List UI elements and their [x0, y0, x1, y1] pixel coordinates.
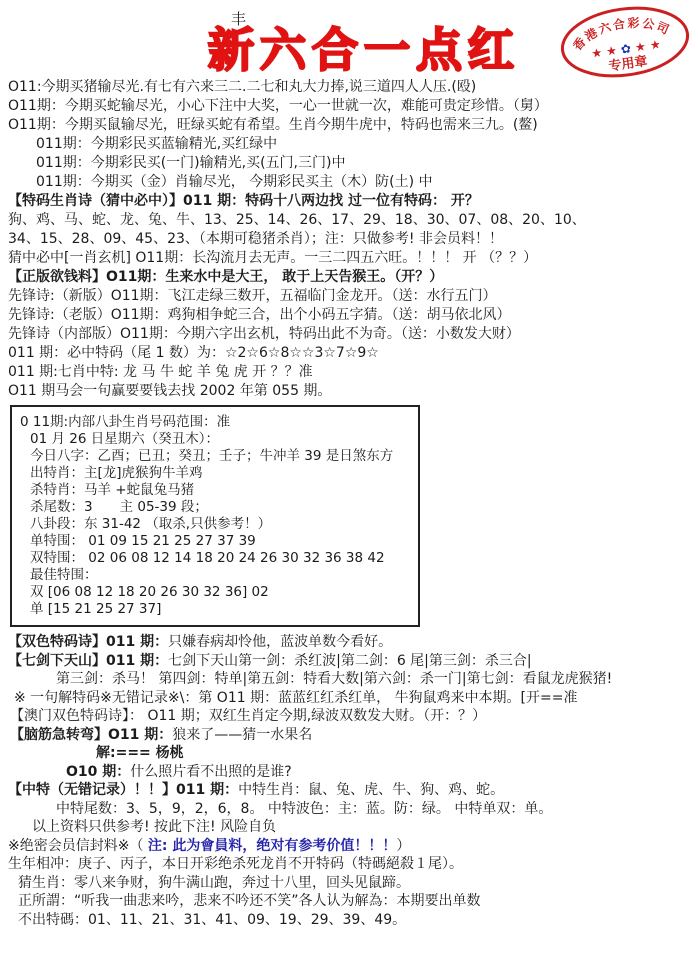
text-segment: 狼来了——猜一水果名 — [172, 727, 312, 743]
text-line: 先锋诗（内部版）O11期：今期六字出玄机，特码出此不为奇。（送：小数发大财） — [8, 325, 698, 344]
text-line: 34、15、28、09、45、23、（本期可稳猪杀肖）；注：只做参考! 非会员料… — [8, 230, 698, 249]
text-segment: 不出特碼：01、11、21、31、41、09、19、29、39、49。 — [18, 912, 406, 928]
text-line: 出特肖：主[龙]虎猴狗牛羊鸡 — [20, 465, 412, 482]
text-line: 最佳特围： — [20, 567, 412, 584]
bagua-info-box: 0 11期:内部八卦生肖号码范围：准01 月 26 日星期六（癸丑木）：今日八字… — [10, 405, 420, 627]
text-line: 0 11期:内部八卦生肖号码范围：准 — [20, 414, 412, 431]
text-segment: 【特码生肖诗（猜中必中）】011 期：特码十八两边找 过一位有特码： 开？ — [8, 193, 479, 209]
section-predictions: O11:今期买猪输尽光.有七有六来三二.二七和丸大力捧,说三道四人人压.(殴)O… — [8, 78, 698, 401]
text-line: 中特尾数：3、5，9，2，6，8。 中特波色：主：蓝。防：绿。 中特单双：单。 — [8, 800, 698, 819]
page-title: 新六合一点红 — [208, 14, 520, 80]
text-segment: 011期：今期彩民买(一门)输精光,买(五门,三门)中 — [36, 155, 345, 171]
title-overprint-mark: 丰 — [231, 8, 246, 29]
text-line: ※绝密会员信封料※（ 注: 此为會員料，绝对有参考价值！！！） — [8, 837, 698, 856]
text-segment: O11期：今期买鼠输尽光，旺绿买蛇有希望。生肖今期牛虎中，特码也需来三九。(鳌) — [8, 117, 538, 133]
text-segment: 今日八字：乙酉；已丑；癸丑；壬子；牛冲羊 39 是日煞东方 — [30, 448, 393, 464]
text-segment: 先锋诗:（老版）O11期：鸡狗相争蛇三合，出个小码五字猜。（送：胡马依北风） — [8, 307, 511, 323]
text-segment: 最佳特围： — [30, 567, 98, 583]
text-segment: 0 11期:内部八卦生肖号码范围：准 — [20, 414, 230, 430]
text-line: 【澳门双色特码诗】： O11 期；双红生肖定今期,绿波双数发大财。（开：？） — [8, 707, 698, 726]
text-segment: 什么照片看不出照的是谁? — [130, 764, 291, 780]
text-segment: 注: 此为會員料，绝对有参考价值！！！ — [148, 838, 396, 854]
document-header: 新六合一点红 丰 香港六合彩公司 ★ ★ ✿ ★ ★ 专用章 — [0, 0, 698, 76]
text-line: 先锋诗:（新版）O11期：飞江走绿三数开，五福临门金龙开。（送：水行五门） — [8, 287, 698, 306]
document-body: O11:今期买猪输尽光.有七有六来三二.二七和丸大力捧,说三道四人人压.(殴)O… — [0, 76, 698, 929]
text-line: 不出特碼：01、11、21、31、41、09、19、29、39、49。 — [8, 911, 698, 930]
text-line: 单特围： 01 09 15 21 25 27 37 39 — [20, 533, 412, 550]
text-segment: 单特围： 01 09 15 21 25 27 37 39 — [30, 533, 256, 549]
text-line: 【七剑下天山】011 期：七剑下天山第一剑：杀红波|第二剑：6 尾|第三剑：杀三… — [8, 652, 698, 671]
text-segment: 只嫌春病却怜他，蓝波单数今看好。 — [168, 634, 392, 650]
text-segment: O11期：今期买蛇输尽光，小心下注中大奖，一心一世就一次，难能可贵定珍惜。（舅） — [8, 98, 548, 114]
stamp-flower-icon: ✿ — [620, 41, 632, 56]
text-line: 正所謂：“听我一曲悲来吟，悲来不吟还不笑”各人认为解為：本期要出单数 — [8, 892, 698, 911]
text-line: 011 期：必中特码（尾 1 数）为：☆2☆6☆8☆☆3☆7☆9☆ — [8, 344, 698, 363]
text-line: 杀尾数：3 主 05-39 段； — [20, 499, 412, 516]
text-line: 01 月 26 日星期六（癸丑木）： — [20, 431, 412, 448]
text-segment: 杀特肖：马羊 +蛇鼠兔马猪 — [30, 482, 194, 498]
text-line: O11期：今期买蛇输尽光，小心下注中大奖，一心一世就一次，难能可贵定珍惜。（舅） — [8, 97, 698, 116]
text-segment: 先锋诗（内部版）O11期：今期六字出玄机，特码出此不为奇。（送：小数发大财） — [8, 326, 520, 342]
text-segment: 七剑下天山第一剑：杀红波|第二剑：6 尾|第三剑：杀三合| — [168, 653, 532, 669]
text-segment: 解:=== 杨桃 — [96, 745, 184, 761]
text-segment: 生年相冲：庚子、丙子，本日开彩绝杀死龙肖不开特码（特碼絕殺１尾）。 — [8, 856, 463, 872]
text-segment: 011 期：必中特码（尾 1 数）为：☆2☆6☆8☆☆3☆7☆9☆ — [8, 345, 379, 361]
text-segment: 单 [15 21 25 27 37] — [30, 601, 161, 617]
text-line: 今日八字：乙酉；已丑；癸丑；壬子；牛冲羊 39 是日煞东方 — [20, 448, 412, 465]
text-line: O11期：今期买鼠输尽光，旺绿买蛇有希望。生肖今期牛虎中，特码也需来三九。(鳌) — [8, 116, 698, 135]
company-stamp: 香港六合彩公司 ★ ★ ✿ ★ ★ 专用章 — [553, 0, 696, 89]
text-segment: 中特生肖：鼠、兔、虎、牛、狗、鸡、蛇。 — [238, 782, 504, 798]
text-line: 【脑筋急转弯】O11 期：狼来了——猜一水果名 — [8, 726, 698, 745]
text-segment: 011期：今期彩民买蓝输精光,买红绿中 — [36, 136, 277, 152]
text-segment: 【双色特码诗】011 期： — [8, 634, 168, 650]
text-segment: 猜中必中[一肖玄机] O11期：长沟流月去无声。一三二四五六旺。！！！ 开 （？… — [8, 250, 537, 266]
page: { "page": { "title": "新六合一点红", "title_ma… — [0, 0, 698, 975]
text-segment: 狗、鸡、马、蛇、龙、兔、牛、13、25、14、26、17、29、18、30、07… — [8, 212, 586, 228]
text-line: 解:=== 杨桃 — [8, 744, 698, 763]
text-line: O10 期：什么照片看不出照的是谁? — [8, 763, 698, 782]
text-line: 双特围： 02 06 08 12 14 18 20 24 26 30 32 36… — [20, 550, 412, 567]
text-line: 【正版欲钱料】O11期：生来水中是大王， 敢于上天告猴王。（开？） — [8, 268, 698, 287]
text-segment: 34、15、28、09、45、23、（本期可稳猪杀肖）；注：只做参考! 非会员料… — [8, 231, 503, 247]
text-segment: 中特尾数：3、5，9，2，6，8。 中特波色：主：蓝。防：绿。 中特单双：单。 — [56, 801, 552, 817]
text-segment: 双特围： 02 06 08 12 14 18 20 24 26 30 32 36… — [30, 550, 385, 566]
text-segment: 【正版欲钱料】O11期：生来水中是大王， 敢于上天告猴王。（开？） — [8, 269, 443, 285]
text-segment: 双 [06 08 12 18 20 26 30 32 36] 02 — [30, 584, 269, 600]
text-segment: 第三剑：杀马！ 第四剑：特单|第五剑：特看大数|第六剑：杀一门|第七剑：看鼠龙虎… — [56, 671, 612, 687]
text-segment: 出特肖：主[龙]虎猴狗牛羊鸡 — [30, 465, 203, 481]
text-line: 先锋诗:（老版）O11期：鸡狗相争蛇三合，出个小码五字猜。（送：胡马依北风） — [8, 306, 698, 325]
text-segment: ※绝密会员信封料※（ — [8, 838, 148, 854]
text-segment: 【脑筋急转弯】O11 期： — [10, 727, 172, 743]
stamp-oval-icon: 香港六合彩公司 ★ ★ ✿ ★ ★ 专用章 — [553, 0, 696, 89]
text-line: 011期：今期彩民买(一门)输精光,买(五门,三门)中 — [8, 154, 698, 173]
text-line: ※ 一句解特码※无错记录※\：第 O11 期：蓝蓝红红杀红单， 牛狗鼠鸡来中本期… — [8, 689, 698, 708]
text-line: 011 期:七肖中特: 龙 马 牛 蛇 羊 兔 虎 开 ？？准 — [8, 363, 698, 382]
text-segment: 正所謂：“听我一曲悲来吟，悲来不吟还不笑”各人认为解為：本期要出单数 — [18, 893, 481, 909]
text-line: 【双色特码诗】011 期：只嫌春病却怜他，蓝波单数今看好。 — [8, 633, 698, 652]
text-segment: ） — [396, 838, 410, 854]
text-segment: 八卦段：东 31-42 （取杀,只供参考！） — [30, 516, 271, 532]
text-line: 生年相冲：庚子、丙子，本日开彩绝杀死龙肖不开特码（特碼絕殺１尾）。 — [8, 855, 698, 874]
text-line: 杀特肖：马羊 +蛇鼠兔马猪 — [20, 482, 412, 499]
text-segment: 猜生肖：零八来争财，狗牛满山跑，奔过十八里，回头见鼠蹄。 — [18, 875, 410, 891]
text-segment: 【七剑下天山】011 期： — [8, 653, 168, 669]
text-line: O11 期马会一句赢要要钱去找 2002 年第 055 期。 — [8, 382, 698, 401]
section-poems: 【双色特码诗】011 期：只嫌春病却怜他，蓝波单数今看好。【七剑下天山】011 … — [8, 633, 698, 929]
text-line: 011期：今期彩民买蓝输精光,买红绿中 — [8, 135, 698, 154]
text-line: 以上资料只供参考! 按此下注! 风险自负 — [8, 818, 698, 837]
text-segment: O11:今期买猪输尽光.有七有六来三二.二七和丸大力捧,说三道四人人压.(殴) — [8, 79, 476, 95]
text-line: 【中特（无错记录）！！】011 期：中特生肖：鼠、兔、虎、牛、狗、鸡、蛇。 — [8, 781, 698, 800]
text-line: 单 [15 21 25 27 37] — [20, 601, 412, 618]
text-line: 八卦段：东 31-42 （取杀,只供参考！） — [20, 516, 412, 533]
text-segment: O10 期： — [66, 764, 130, 780]
text-segment: 011期：今期买（金）肖输尽光， 今期彩民买主（木）防(土) 中 — [36, 174, 433, 190]
text-segment: 以上资料只供参考! 按此下注! 风险自负 — [32, 819, 276, 835]
text-segment: O11 期马会一句赢要要钱去找 2002 年第 055 期。 — [8, 383, 331, 399]
text-line: 第三剑：杀马！ 第四剑：特单|第五剑：特看大数|第六剑：杀一门|第七剑：看鼠龙虎… — [8, 670, 698, 689]
text-line: 双 [06 08 12 18 20 26 30 32 36] 02 — [20, 584, 412, 601]
text-line: 猜中必中[一肖玄机] O11期：长沟流月去无声。一三二四五六旺。！！！ 开 （？… — [8, 249, 698, 268]
text-line: 【特码生肖诗（猜中必中）】011 期：特码十八两边找 过一位有特码： 开？ — [8, 192, 698, 211]
bagua-box-wrap: 0 11期:内部八卦生肖号码范围：准01 月 26 日星期六（癸丑木）：今日八字… — [8, 405, 698, 627]
text-segment: 杀尾数：3 主 05-39 段； — [30, 499, 208, 515]
text-segment: 【澳门双色特码诗】： O11 期；双红生肖定今期,绿波双数发大财。（开：？） — [10, 708, 486, 724]
text-line: 011期：今期买（金）肖输尽光， 今期彩民买主（木）防(土) 中 — [8, 173, 698, 192]
text-line: 猜生肖：零八来争财，狗牛满山跑，奔过十八里，回头见鼠蹄。 — [8, 874, 698, 893]
text-line: 狗、鸡、马、蛇、龙、兔、牛、13、25、14、26、17、29、18、30、07… — [8, 211, 698, 230]
text-segment: 先锋诗:（新版）O11期：飞江走绿三数开，五福临门金龙开。（送：水行五门） — [8, 288, 497, 304]
text-segment: 011 期:七肖中特: 龙 马 牛 蛇 羊 兔 虎 开 ？？准 — [8, 364, 313, 380]
text-segment: ※ 一句解特码※无错记录※\：第 O11 期：蓝蓝红红杀红单， 牛狗鼠鸡来中本期… — [14, 690, 577, 706]
text-segment: 01 月 26 日星期六（癸丑木）： — [30, 431, 219, 447]
text-segment: 【中特（无错记录）！！】011 期： — [8, 782, 238, 798]
